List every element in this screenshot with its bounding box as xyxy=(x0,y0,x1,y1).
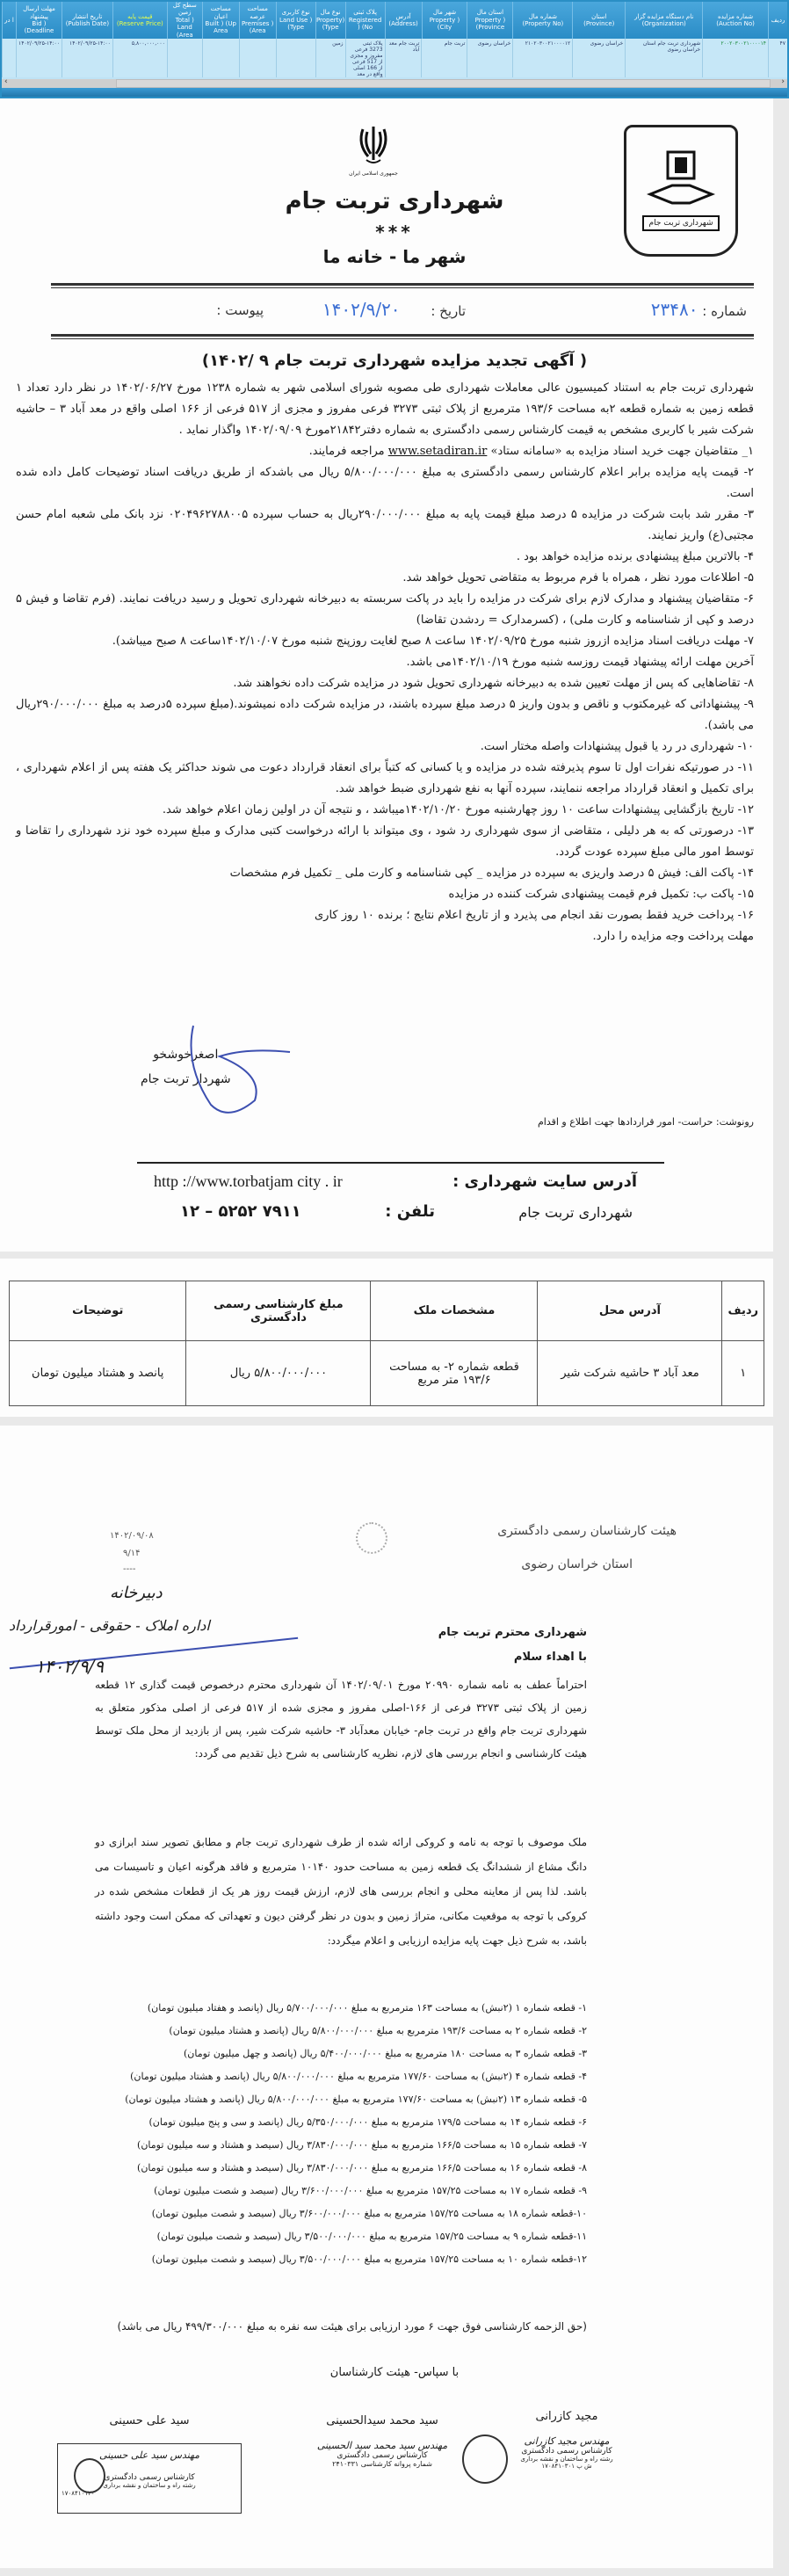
cell-address: تربت جام معد آباد xyxy=(385,39,422,77)
col-built-area: مساحت اعیانBuilt ) (Up Area xyxy=(202,2,239,39)
parcel-item: ۶- قطعه شماره ۱۴ به مساحت ۱۷۹/۵ مترمربع … xyxy=(95,2111,587,2134)
phone-label: تلفن : xyxy=(385,1202,435,1221)
horizontal-scrollbar[interactable]: ‹ › xyxy=(2,79,787,88)
notice-item-4: ۴- بالاترین مبلغ پیشنهادی برنده مزایده خ… xyxy=(16,547,754,568)
col-notes: توضیحات xyxy=(10,1281,186,1341)
notice-item-15: ۱۵- پاکت ب: تکمیل فرم قیمت پیشنهادی شرکت… xyxy=(16,884,754,905)
col-registered-no: پلاک ثبتیRegistered ) (No xyxy=(345,2,385,39)
greeting: با اهداء سلام xyxy=(514,1651,587,1664)
cell-property-type: زمین xyxy=(315,39,345,77)
parcel-item: ۵- قطعه شماره ۱۳ (۲نبش) به مساحت ۱۷۷/۶۰ … xyxy=(95,2088,587,2111)
parcel-item: ۸- قطعه شماره ۱۶ به مساحت ۱۶۶/۵ مترمربع … xyxy=(95,2157,587,2180)
header-label-en: Built ) (Up Area xyxy=(204,20,238,35)
col-specs: مشخصات ملک xyxy=(371,1281,538,1341)
reference-attachment: ---- xyxy=(123,1564,135,1574)
notice-title: ( آگهی تجدید مزایده شهرداری تربت جام ۹ /… xyxy=(0,352,789,370)
cell-province: خراسان رضوی xyxy=(572,39,625,77)
col-extra: ا در xyxy=(2,2,16,39)
property-table: ردیف آدرس محل مشخصات ملک مبلغ کارشناسی ر… xyxy=(9,1281,764,1406)
col-index: ردیف xyxy=(722,1281,764,1341)
header-label: شماره مال xyxy=(529,13,557,20)
header-label: سطح کل زمین xyxy=(169,2,201,17)
divider xyxy=(51,334,754,339)
slogan: شهر ما - خانه ما xyxy=(0,246,789,267)
cell-index: ۱ xyxy=(722,1341,764,1406)
col-address: آدرس(Address) xyxy=(385,2,422,39)
table-row: ۱ معد آباد ۳ حاشیه شرکت شیر قطعه شماره ۲… xyxy=(10,1341,764,1406)
cell-reserve-price: ۵,۸۰۰,۰۰۰,۰۰۰ xyxy=(112,39,167,77)
col-province: استان(Province) xyxy=(572,2,625,39)
board-title: هیئت کارشناسان رسمی دادگستری xyxy=(497,1524,677,1538)
cell-property-no: ۲۱۰۲۰۳۰۰۲۱۰۰۰۰۱۲ xyxy=(512,39,572,77)
iran-emblem: جمهوری اسلامی ایران xyxy=(347,125,400,177)
header-label-en: (Organization) xyxy=(642,20,686,27)
scroll-right-arrow-icon[interactable]: › xyxy=(781,77,785,86)
appraisal-intro: احتراماً عطف به نامه شماره ۲۰۹۹۰ مورخ ۱۴… xyxy=(95,1673,587,1765)
notice-item-13: ۱۳- درصورتی که به هر دلیلی ، متقاضی از س… xyxy=(16,821,754,863)
cell-address: معد آباد ۳ حاشیه شرکت شیر xyxy=(538,1341,722,1406)
header-label-en: Bid ) (Deadline xyxy=(18,20,61,35)
stamp-id: ش پ ۱۷۰۸۴۱۰۳۰۱ xyxy=(492,2463,641,2470)
cell-extra xyxy=(2,39,16,77)
cell-appraisal-amount: ۵/۸۰۰/۰۰۰/۰۰۰ ریال xyxy=(186,1341,371,1406)
cell-auction-no[interactable]: ۲۰۰۲۰۳۰۰۲۱۰۰۰۰۱۴ xyxy=(702,39,768,77)
cell-property-province: خراسان رضوی xyxy=(467,39,512,77)
cell-index: ۴۷ xyxy=(768,39,787,77)
header-label-en: (Address) xyxy=(388,20,417,27)
org-title: شهرداری تربت جام xyxy=(0,188,789,214)
header-label: مهلت ارسال پیشنهاد xyxy=(18,5,61,20)
header-label-en: (Property No) xyxy=(522,20,563,27)
emblem-caption: جمهوری اسلامی ایران xyxy=(347,171,400,177)
parcel-item: ۳- قطعه شماره ۳ به مساحت ۱۸۰ مترمربع به … xyxy=(95,2043,587,2065)
header-label-en: Premises ) (Area xyxy=(241,20,275,35)
stamp-title: کارشناس رسمی دادگستری xyxy=(492,2447,641,2456)
parcel-item: ۱۱-قطعه شماره ۹ به مساحت ۱۵۷/۲۵ مترمربع … xyxy=(95,2225,587,2248)
header-label: استان مال xyxy=(477,9,503,16)
header-label-en: (Reserve Price) xyxy=(117,20,163,27)
header-label-en: (Publish Date) xyxy=(66,20,109,27)
website-url[interactable]: http ://www.torbatjam city . ir xyxy=(154,1172,343,1191)
parcel-item: ۹- قطعه شماره ۱۷ به مساحت ۱۵۷/۲۵ مترمربع… xyxy=(95,2180,587,2202)
notice-item-8: ۸- تقاضاهایی که پس از مهلت تعیین شده به … xyxy=(16,673,754,694)
header-label-en: Total ) Land (Area xyxy=(169,17,201,39)
signer-name: سید محمد سیدالحسینی xyxy=(299,2414,466,2427)
parcel-item: ۱۰-قطعه شماره ۱۸ به مساحت ۱۵۷/۲۵ مترمربع… xyxy=(95,2202,587,2225)
stamp-license: شماره پروانه کارشناسی ۲۴۱۰۳۳۱ xyxy=(299,2460,466,2468)
header-label: مساحت عرصه xyxy=(241,5,275,20)
listing-header-row: ردیف شماره مزایده(Auction No) نام دستگاه… xyxy=(2,2,787,39)
seal-icon xyxy=(356,1522,387,1554)
recipient: شهرداری محترم تربت جام xyxy=(438,1626,587,1639)
col-property-city: شهر مالProperty ) (City xyxy=(422,2,467,39)
parcel-item: ۷- قطعه شماره ۱۵ به مساحت ۱۶۶/۵ مترمربع … xyxy=(95,2134,587,2157)
handwritten-note: دبیرخانه xyxy=(110,1584,163,1602)
expert-stamp-icon xyxy=(462,2435,508,2484)
table-row[interactable]: ۴۷ ۲۰۰۲۰۳۰۰۲۱۰۰۰۰۱۴ شهرداری تربت جام است… xyxy=(2,39,787,77)
iran-emblem-icon xyxy=(356,125,391,169)
col-premises-area: مساحت عرصهPremises ) (Area xyxy=(239,2,276,39)
handwritten-date: ۱۴۰۲/۹/۹ xyxy=(35,1656,104,1677)
cell-property-city: تربت جام xyxy=(421,39,467,77)
date-value: ۱۴۰۲/۹/۲۰ xyxy=(322,299,401,320)
decorative-stars: *** xyxy=(0,221,789,243)
header-label-en: (Auction No) xyxy=(716,20,755,27)
phone-value: ۱۲ – ۵۲۵۲ ۷۹۱۱ xyxy=(180,1202,301,1221)
col-appraisal-amount: مبلغ کارشناسی رسمی دادگستری xyxy=(186,1281,371,1341)
expert-signature-2: سید محمد سیدالحسینی مهندس سید محمد سید ا… xyxy=(299,2414,466,2468)
col-property-type: نوع مالProperty) (Type xyxy=(315,2,345,39)
footer-bar xyxy=(2,88,787,98)
number-label: شماره : xyxy=(702,303,747,319)
header-label: شهر مال xyxy=(433,9,456,16)
header-label: مساحت اعیان xyxy=(204,5,238,20)
cell-publish-date: ۱۴۰۲/۰۹/۲۵-۱۴:۰۰ xyxy=(62,39,112,77)
stamp-field: رشته راه و ساختمان و نقشه برداری xyxy=(492,2456,641,2463)
letter-number: شماره : ۲۳۴۸۰ xyxy=(651,299,747,320)
notice-deadline: آخرین مهلت ارائه پیشنهاد قیمت روزسه شنبه… xyxy=(16,652,754,673)
cell-notes: پانصد و هشتاد میلیون تومان xyxy=(10,1341,186,1406)
notice-item-12: ۱۲- تاریخ بازگشایی پیشنهادات ساعت ۱۰ روز… xyxy=(16,800,754,821)
header-label-en: Land Use ) (Type xyxy=(278,17,315,32)
footer-org: شهرداری تربت جام xyxy=(518,1204,633,1221)
cc-line: رونوشت: حراست- امور قراردادها جهت اطلاع … xyxy=(538,1116,754,1128)
parcel-item: ۴- قطعه شماره ۴ (۲نبش) به مساحت ۱۷۷/۶۰ م… xyxy=(95,2065,587,2088)
header-label-en: Property) (Type xyxy=(316,17,344,32)
cell-land-use xyxy=(276,39,315,77)
header-label: نوع مال xyxy=(321,9,341,16)
notice-item-11: ۱۱- در صورتیکه نفرات اول تا سوم پذیرفته … xyxy=(16,758,754,800)
signature-scribble-icon xyxy=(158,1021,299,1127)
expert-stamp-icon xyxy=(74,2458,105,2493)
property-summary-page: ردیف آدرس محل مشخصات ملک مبلغ کارشناسی ر… xyxy=(0,1259,773,1417)
header-label-en: Property ) (City xyxy=(423,17,467,32)
item-text: ۱_ متقاضیان جهت خرید اسناد مزایده به «سا… xyxy=(491,445,754,458)
handwritten-routing: اداره املاک - حقوقی - امورقرارداد xyxy=(9,1617,210,1634)
notice-item-14: ۱۴- پاکت الف: فیش ۵ درصد واریزی به سپرده… xyxy=(16,863,754,884)
fee-note: (حق الزحمه کارشناسی فوق جهت ۶ مورد ارزیا… xyxy=(118,2320,587,2333)
stamp-title: کارشناس رسمی دادگستری xyxy=(299,2451,466,2460)
signer-name: سید علی حسینی xyxy=(57,2414,242,2427)
appraisal-letter: هیئت کارشناسان رسمی دادگستری استان خراسا… xyxy=(0,1426,773,2568)
stamp-id: ۲۴۱۰۳۳۱ xyxy=(332,2460,358,2468)
header-label: شماره مزایده xyxy=(718,13,753,20)
notice-item-16: ۱۶- پرداخت خرید فقط بصورت نقد انجام می پ… xyxy=(315,905,754,947)
auction-notice-letter: جمهوری اسلامی ایران شهرداری تربت جام شهر… xyxy=(0,98,773,1252)
cell-premises-area xyxy=(239,39,276,77)
scrollbar-thumb[interactable] xyxy=(116,79,771,88)
attachment-label: پیوست : xyxy=(216,302,264,318)
header-label: ردیف xyxy=(771,17,785,24)
col-auction-no: شماره مزایده(Auction No) xyxy=(702,2,768,39)
col-publish-date: تاریخ انتشار(Publish Date) xyxy=(62,2,112,39)
notice-intro: شهرداری تربت جام به استناد کمیسیون عالی … xyxy=(16,378,754,441)
header-label-en: Property ) (Province xyxy=(468,17,511,32)
signer-name: مجید کازرانی xyxy=(492,2410,641,2423)
cell-deadline: ۱۴۰۲/۰۹/۲۵-۱۴:۰۰ xyxy=(16,39,62,77)
board-province: استان خراسان رضوی xyxy=(521,1557,633,1571)
cell-organization: شهرداری تربت جام استان خراسان رضوی xyxy=(625,39,702,77)
col-property-no: شماره مال(Property No) xyxy=(512,2,572,39)
col-property-province: استان مالProperty ) (Province xyxy=(467,2,512,39)
stamp-field: شماره پروانه کارشناسی xyxy=(361,2460,432,2468)
expert-signature-1: مجید کازرانی مهندس مجید کازرانی کارشناس … xyxy=(492,2410,641,2470)
parcel-item: ۲- قطعه شماره ۲ به مساحت ۱۹۳/۶ مترمربع ب… xyxy=(95,2020,587,2043)
cell-specs: قطعه شماره ۲- به مساحت ۱۹۳/۶ متر مربع xyxy=(371,1341,538,1406)
parcel-list: ۱- قطعه شماره ۱ (۲نبش) به مساحت ۱۶۳ مترم… xyxy=(95,1997,587,2271)
cell-total-area xyxy=(167,39,202,77)
table-header-row: ردیف آدرس محل مشخصات ملک مبلغ کارشناسی ر… xyxy=(10,1281,764,1341)
date-label: تاریخ : xyxy=(431,303,466,319)
stamp-name: مهندس سید محمد سید الحسینی xyxy=(299,2440,466,2451)
col-total-area: سطح کل زمینTotal ) Land (Area xyxy=(167,2,202,39)
number-value: ۲۳۴۸۰ xyxy=(651,299,699,320)
stamp-name: مهندس مجید کازرانی xyxy=(492,2435,641,2447)
header-label: پلاک ثبتی xyxy=(353,9,377,16)
notice-item-9: ۹- پیشنهاداتی که غیرمکتوب و ناقص و بدون … xyxy=(16,694,754,737)
parcel-item: ۱- قطعه شماره ۱ (۲نبش) به مساحت ۱۶۳ مترم… xyxy=(95,1997,587,2020)
reference-number: ۹/۱۴ xyxy=(123,1549,140,1558)
header-label: نوع کاربری xyxy=(282,9,310,16)
website-label: آدرس سایت شهرداری : xyxy=(452,1172,637,1191)
notice-item-5: ۵- اطلاعات مورد نظر ، همراه با فرم مربوط… xyxy=(16,568,754,589)
header-label-en: Registered ) (No xyxy=(347,17,384,32)
col-land-use: نوع کاربریLand Use ) (Type xyxy=(276,2,315,39)
cell-registered-no: پلاک ثبتی 3273 فرعی مفروز و مجزی از 517 … xyxy=(345,39,385,77)
parcel-item: ۱۲-قطعه شماره ۱۰ به مساحت ۱۵۷/۲۵ مترمربع… xyxy=(95,2248,587,2271)
appraisal-body: ملک موصوف با توجه به نامه و کروکی ارائه … xyxy=(95,1830,587,1953)
notice-item-2: ۲- قیمت پایه مزایده برابر اعلام کارشناس … xyxy=(16,462,754,504)
divider xyxy=(51,283,754,288)
notice-body: شهرداری تربت جام به استناد کمیسیون عالی … xyxy=(16,378,754,947)
notice-item-6: ۶- متقاضیان پیشنهاد و مدارک لازم برای شر… xyxy=(16,589,754,631)
expert-signature-3: سید علی حسینی مهندس سید علی حسینی کارشنا… xyxy=(57,2414,242,2514)
scroll-left-arrow-icon[interactable]: ‹ xyxy=(4,77,8,86)
item-text: مراجعه فرمایند. xyxy=(309,445,385,458)
auction-listing-table: ردیف شماره مزایده(Auction No) نام دستگاه… xyxy=(0,0,789,98)
notice-item-10: ۱۰- شهرداری در رد یا قبول پیشنهادات واصل… xyxy=(16,737,754,758)
closing-thanks: با سپاس- هیئت کارشناسان xyxy=(0,2366,789,2379)
mayor-signature: اصغرخوشخو شهردار تربت جام xyxy=(141,1048,231,1086)
divider xyxy=(137,1162,664,1164)
header-label: قیمت پایه xyxy=(127,13,152,20)
notice-item-7: ۷- مهلت دریافت اسناد مزایده ازروز شنبه م… xyxy=(16,631,754,652)
header-label: تاریخ انتشار xyxy=(72,13,102,20)
setad-link[interactable]: www.setadiran.ir xyxy=(388,445,488,458)
expert-stamp-box: مهندس سید علی حسینی کارشناس رسمی دادگستر… xyxy=(57,2443,242,2514)
header-label-en: (Province) xyxy=(583,20,614,27)
col-address: آدرس محل xyxy=(538,1281,722,1341)
header-label: آدرس xyxy=(396,13,411,20)
cell-built-area xyxy=(202,39,239,77)
notice-item-3: ۳- مقرر شد بابت شرکت در مزایده ۵ درصد مب… xyxy=(16,504,754,547)
reference-date: ۱۴۰۲/۰۹/۰۸ xyxy=(110,1531,154,1541)
header-label: استان xyxy=(591,13,606,20)
col-index: ردیف xyxy=(768,2,787,39)
col-deadline: مهلت ارسال پیشنهادBid ) (Deadline xyxy=(16,2,62,39)
col-organization: نام دستگاه مزایده گزار(Organization) xyxy=(625,2,702,39)
header-label: ا در xyxy=(4,17,14,24)
notice-item-1: ۱_ متقاضیان جهت خرید اسناد مزایده به «سا… xyxy=(16,441,754,462)
letter-date: تاریخ : ۱۴۰۲/۹/۲۰ xyxy=(322,299,466,320)
header-label: نام دستگاه مزایده گزار xyxy=(634,13,693,20)
col-reserve-price: قیمت پایه(Reserve Price) xyxy=(112,2,167,39)
